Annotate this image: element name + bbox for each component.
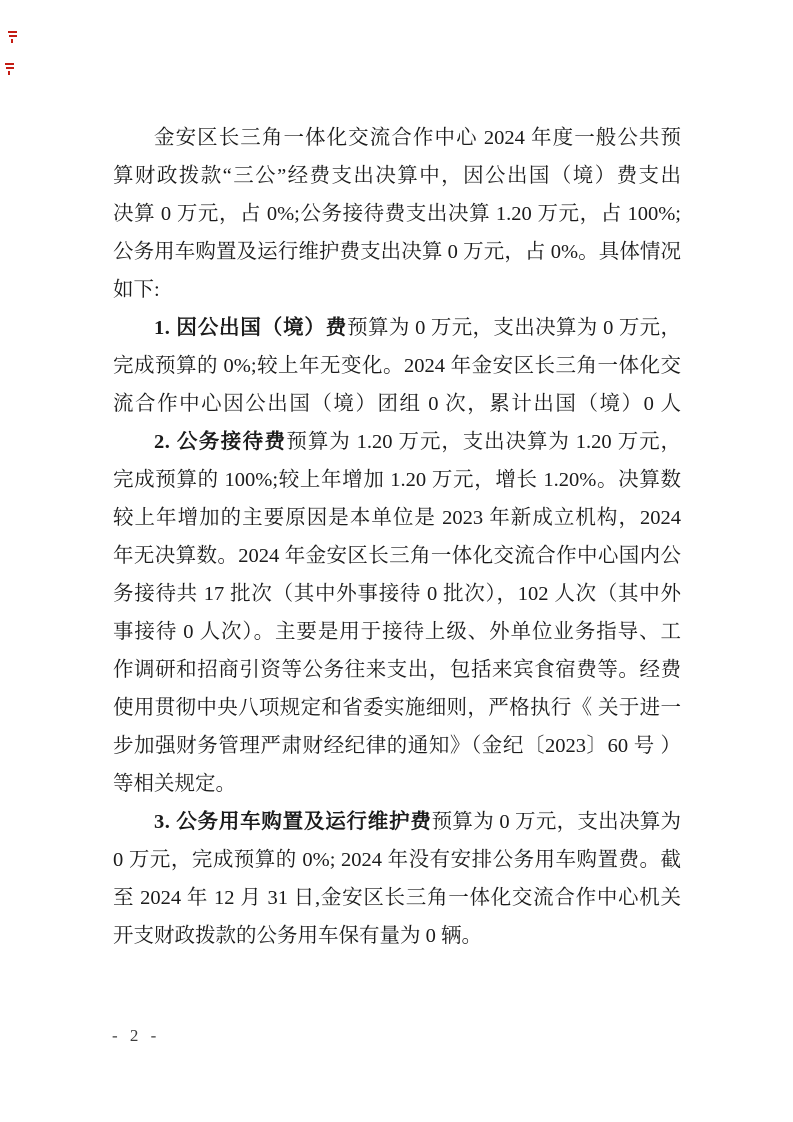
text-line: 至 2024 年 12 月 31 日,金安区长三角一体化交流合作中心机关	[113, 879, 681, 917]
text-run: 完成预算的 0%;较上年无变化。2024 年金安区长三角一体化交	[113, 355, 681, 377]
text-run: 金安区长三角一体化交流合作中心 2024 年度一般公共预	[154, 127, 681, 149]
text-run: 公务用车购置及运行维护费支出决算 0 万元，占 0%。具体情况	[113, 241, 681, 263]
bold-text-run: 1. 因公出国（境）费	[154, 317, 347, 339]
paragraph-2: 1. 因公出国（境）费预算为 0 万元，支出决算为 0 万元，完成预算的 0%;…	[113, 309, 681, 423]
document-page: 金安区长三角一体化交流合作中心 2024 年度一般公共预算财政拨款“三公”经费支…	[0, 0, 793, 1122]
text-line: 作调研和招商引资等公务往来支出，包括来宾食宿费等。经费	[113, 651, 681, 689]
red-mark-stroke	[8, 31, 17, 33]
text-line: 公务用车购置及运行维护费支出决算 0 万元，占 0%。具体情况	[113, 233, 681, 271]
text-run: 算财政拨款“三公”经费支出决算中，因公出国（境）费支出	[113, 165, 681, 187]
text-line: 算财政拨款“三公”经费支出决算中，因公出国（境）费支出	[113, 157, 681, 195]
text-line: 3. 公务用车购置及运行维护费预算为 0 万元，支出决算为	[113, 803, 681, 841]
red-mark-stroke	[8, 71, 10, 75]
text-run: 等相关规定。	[113, 773, 236, 795]
text-line: 金安区长三角一体化交流合作中心 2024 年度一般公共预	[113, 119, 681, 157]
text-run: 开支财政拨款的公务用车保有量为 0 辆。	[113, 925, 482, 947]
red-mark-stroke	[6, 67, 14, 69]
text-run: 至 2024 年 12 月 31 日,金安区长三角一体化交流合作中心机关	[113, 887, 681, 909]
text-line: 事接待 0 人次）。主要是用于接待上级、外单位业务指导、工	[113, 613, 681, 651]
text-run: 务接待共 17 批次（其中外事接待 0 批次），102 人次（其中外	[113, 583, 681, 605]
text-run: 使用贯彻中央八项规定和省委实施细则，严格执行《 关于进一	[113, 697, 681, 719]
bold-text-run: 3. 公务用车购置及运行维护费	[154, 811, 432, 833]
text-line: 决算 0 万元，占 0%;公务接待费支出决算 1.20 万元，占 100%;	[113, 195, 681, 233]
paragraph-1: 金安区长三角一体化交流合作中心 2024 年度一般公共预算财政拨款“三公”经费支…	[113, 119, 681, 309]
text-line: 完成预算的 100%;较上年增加 1.20 万元，增长 1.20%。决算数	[113, 461, 681, 499]
text-run: 预算为 1.20 万元，支出决算为 1.20 万元，	[286, 431, 681, 453]
text-run: 作调研和招商引资等公务往来支出，包括来宾食宿费等。经费	[113, 659, 681, 681]
text-line: 0 万元，完成预算的 0%; 2024 年没有安排公务用车购置费。截	[113, 841, 681, 879]
text-line: 务接待共 17 批次（其中外事接待 0 批次），102 人次（其中外	[113, 575, 681, 613]
text-run: 较上年增加的主要原因是本单位是 2023 年新成立机构，2024	[113, 507, 681, 529]
text-run: 步加强财务管理严肃财经纪律的通知》（金纪〔2023〕60 号 ）	[113, 735, 681, 757]
text-run: 预算为 0 万元，支出决算为 0 万元，	[347, 317, 681, 339]
text-run: 预算为 0 万元，支出决算为	[432, 811, 681, 833]
document-text-body: 金安区长三角一体化交流合作中心 2024 年度一般公共预算财政拨款“三公”经费支…	[113, 119, 681, 955]
text-run: 如下:	[113, 279, 160, 301]
page-number: - 2 -	[112, 1026, 160, 1046]
text-run: 流合作中心因公出国（境）团组 0 次，累计出国（境）0 人次。	[113, 393, 681, 423]
red-edge-mark-2	[5, 62, 15, 75]
bold-text-run: 2. 公务接待费	[154, 431, 286, 453]
text-line: 2. 公务接待费预算为 1.20 万元，支出决算为 1.20 万元，	[113, 423, 681, 461]
text-line: 开支财政拨款的公务用车保有量为 0 辆。	[113, 917, 681, 955]
paragraph-4: 3. 公务用车购置及运行维护费预算为 0 万元，支出决算为0 万元，完成预算的 …	[113, 803, 681, 955]
red-edge-mark-1	[8, 30, 18, 43]
text-line: 流合作中心因公出国（境）团组 0 次，累计出国（境）0 人次。	[113, 385, 681, 423]
text-run: 完成预算的 100%;较上年增加 1.20 万元，增长 1.20%。决算数	[113, 469, 681, 491]
text-line: 如下:	[113, 271, 681, 309]
text-line: 完成预算的 0%;较上年无变化。2024 年金安区长三角一体化交	[113, 347, 681, 385]
text-line: 等相关规定。	[113, 765, 681, 803]
text-line: 步加强财务管理严肃财经纪律的通知》（金纪〔2023〕60 号 ）	[113, 727, 681, 765]
text-line: 使用贯彻中央八项规定和省委实施细则，严格执行《 关于进一	[113, 689, 681, 727]
text-line: 较上年增加的主要原因是本单位是 2023 年新成立机构，2024	[113, 499, 681, 537]
text-run: 0 万元，完成预算的 0%; 2024 年没有安排公务用车购置费。截	[113, 849, 681, 871]
text-line: 年无决算数。2024 年金安区长三角一体化交流合作中心国内公	[113, 537, 681, 575]
text-line: 1. 因公出国（境）费预算为 0 万元，支出决算为 0 万元，	[113, 309, 681, 347]
text-run: 年无决算数。2024 年金安区长三角一体化交流合作中心国内公	[113, 545, 681, 567]
red-mark-stroke	[9, 35, 17, 37]
red-mark-stroke	[11, 39, 13, 43]
red-mark-stroke	[5, 63, 14, 65]
paragraph-3: 2. 公务接待费预算为 1.20 万元，支出决算为 1.20 万元，完成预算的 …	[113, 423, 681, 803]
text-run: 决算 0 万元，占 0%;公务接待费支出决算 1.20 万元，占 100%;	[113, 203, 681, 225]
text-run: 事接待 0 人次）。主要是用于接待上级、外单位业务指导、工	[113, 621, 681, 643]
